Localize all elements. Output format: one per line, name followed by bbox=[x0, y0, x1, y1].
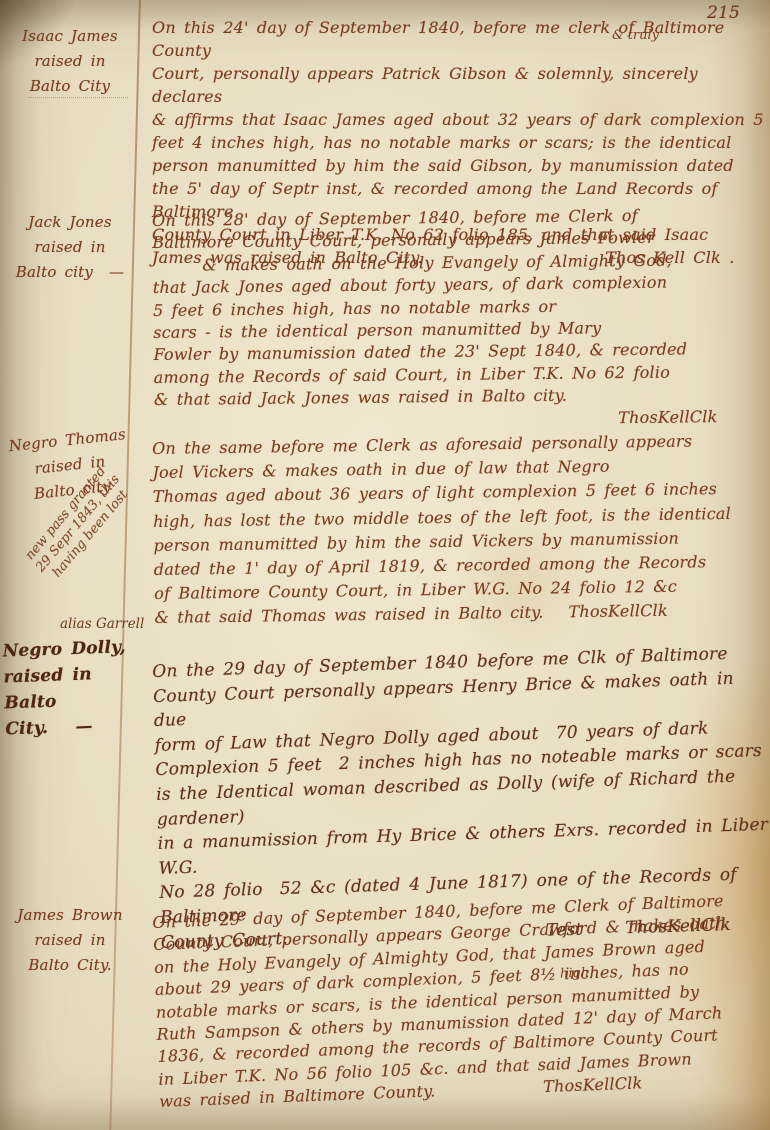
margin-note-james-brown: James Brown raised in Balto City. bbox=[6, 903, 134, 978]
margin-note-negro-dolly: Negro Dolly, raised in Balto City. — bbox=[2, 634, 146, 743]
entry-body-jack-jones: On this 28' day of September 1840, befor… bbox=[152, 204, 770, 435]
entry-body-negro-thomas: On the same before me Clerk as aforesaid… bbox=[152, 428, 770, 630]
margin-note-jack-jones: Jack Jones raised in Balto city — bbox=[6, 210, 134, 285]
margin-note-alias-garrell: alias Garrell bbox=[60, 616, 144, 632]
entry-body-james-brown: On the 29' day of September 1840, before… bbox=[152, 888, 770, 1113]
manuscript-page: 215 Isaac James raised in Balto City & t… bbox=[0, 0, 770, 1130]
margin-note-isaac-james: Isaac James raised in Balto City bbox=[6, 24, 134, 99]
